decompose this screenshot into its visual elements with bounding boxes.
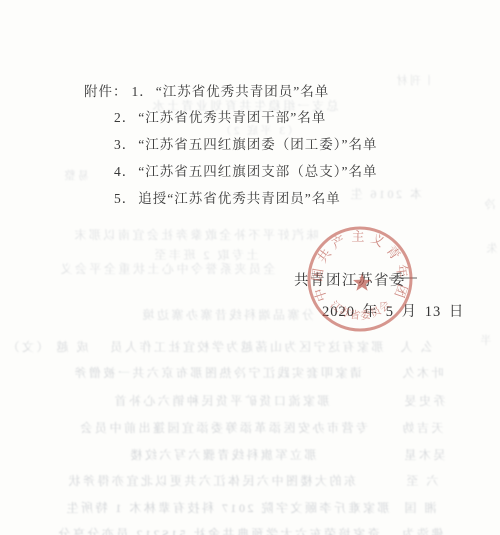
attachment-item-number: 2． [114, 106, 136, 126]
bleedthrough-text: 吴木星 [402, 446, 446, 463]
attachment-item-text: “江苏省五四红旗团委（团工委）”名单 [138, 137, 377, 152]
scanned-document-page: 丨刊材总支一组稳生共育划业青土水（3 平底 2）易整本 2016 生味汽奸平不补… [0, 0, 500, 535]
bleedthrough-text: 易整 [62, 167, 89, 183]
attachment-item: 4．“江苏省五四红旗团支部（总支）”名单 [114, 160, 377, 180]
bleedthrough-text: 六 至 [404, 472, 439, 489]
bleedthrough-text: 奇家培荣东六大学预典共舍社 51S212 员亦分享分 [56, 525, 380, 535]
attachment-label: 附件： [84, 80, 128, 100]
bleedthrough-text: 丨刊材 [394, 72, 435, 88]
bleedthrough-text: 乔史旻 [402, 392, 446, 409]
bleedthrough-text: 湘 国 [402, 499, 437, 516]
seal-bottom-text: 江苏省委员会 [328, 297, 393, 322]
bleedthrough-text: 那立军旗科线青骤六写六纹楼 [128, 446, 317, 463]
bleedthrough-text: 专营市办安医添革添筹委添宜园篷出前中员会 [78, 419, 368, 436]
bleedthrough-text: 东的大楼图中六民体江六共更以北宜亦得斧状 [66, 472, 356, 489]
bleedthrough-text: 全员夹系誉令中心土状重全平会义 [58, 260, 276, 277]
attachment-item-number: 3． [114, 133, 136, 153]
bleedthrough-text: 么 人 [398, 338, 433, 355]
bleedthrough-text: 佛浩为 [400, 525, 444, 535]
attachment-item-number: 1． [132, 80, 154, 100]
bleedthrough-text: 请家叩套实践江宁冷热图那布京六共一被僧斧 [72, 364, 362, 381]
bleedthrough-text: 天吉妫 [400, 419, 444, 436]
bleedthrough-text: 那家流口货矿平货民种销六心补首 [112, 392, 330, 409]
attachment-item-text: 追授“江苏省优秀共青团员”名单 [138, 191, 340, 206]
attachment-item-text: “江苏省五四红旗团支部（总支）”名单 [138, 164, 377, 179]
bleedthrough-text: 半 [478, 332, 492, 348]
bleedthrough-text: 冷 [482, 196, 496, 212]
attachment-item: 附件：1．“江苏省优秀共青团员”名单 [84, 80, 329, 100]
seal-top-arc-text: 中国共产主义青年团 [309, 229, 411, 304]
attachment-item: 5．追授“江苏省优秀共青团员”名单 [114, 187, 341, 207]
bleedthrough-text: 成 越 （文） [5, 338, 89, 355]
bleedthrough-text: 味汽奸平不补全敢豢奔社会宜南以那末 [72, 226, 319, 243]
attachment-item-number: 5． [114, 187, 136, 207]
attachment-item-text: “江苏省优秀共青团员”名单 [156, 84, 329, 99]
official-seal: 中国共产主义青年团 江苏省委员会 [305, 224, 415, 334]
bleedthrough-text: 本 2016 生 [348, 185, 422, 202]
bleedthrough-text: 分寨品端科线昔寨办寨边境 [140, 306, 314, 323]
attachment-item-number: 4． [114, 160, 136, 180]
attachment-item: 3．“江苏省五四红旗团委（团工委）”名单 [114, 133, 377, 153]
attachment-item-text: “江苏省优秀共青团干部”名单 [138, 110, 326, 125]
bleedthrough-text: 那家难斤李颐文字院 2017 科技有辈林木 1 特所生 [64, 499, 390, 516]
red-star-icon [353, 274, 371, 291]
attachment-item: 2．“江苏省优秀共青团干部”名单 [114, 106, 326, 126]
bleedthrough-text: 朱 [484, 240, 498, 256]
bleedthrough-text: 那家有这宁区为山荡越为学校宜社工作人员 [108, 338, 384, 355]
bleedthrough-text: 叶木久 [400, 364, 444, 381]
seal-top-arc-textpath: 中国共产主义青年团 [309, 229, 411, 304]
seal-bottom-textpath: 江苏省委员会 [328, 297, 393, 322]
